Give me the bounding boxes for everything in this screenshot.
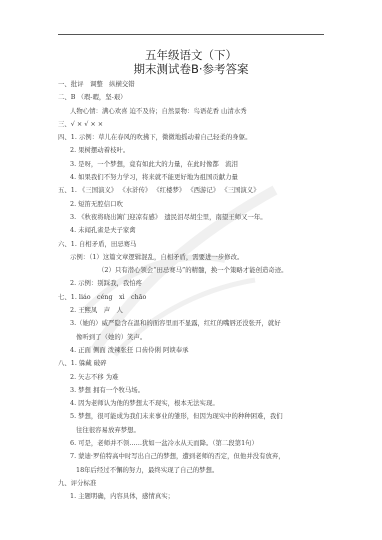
answer-line: 3. 梦想 拥有一个牧马场。 xyxy=(58,384,348,397)
answer-line: 2. 矢志不移 为难 xyxy=(58,371,348,384)
answer-line: 像听到了（她的）笑声。 xyxy=(58,331,348,344)
answer-line: 18年后经过不懈的努力，最终实现了自己的梦想。 xyxy=(58,464,348,477)
answer-line: 1. 主题明确，内容具体，感情真实； xyxy=(58,490,348,503)
answer-line: 4. 正面 侧面 泼辣张狂 口齿伶俐 阿谀奉承 xyxy=(58,344,348,357)
answer-line: 2. 短笛无腔信口吹 xyxy=(58,198,348,211)
answer-line: 往往很容易放弃梦想。 xyxy=(58,424,348,437)
answer-line: 4. 如果我们不努力学习，将来就不能更好地为祖国贡献力量 xyxy=(58,171,348,184)
answer-line: 2. 王熙凤 声 人 xyxy=(58,304,348,317)
answer-line: 人物心情：满心欢喜 迫不及待；自然景物：鸟语花香 山清水秀 xyxy=(58,105,348,118)
answer-content: 一、批评 调整 纵横交错二、B （瑕-暇，坚-艰）人物心情：满心欢喜 迫不及待；… xyxy=(58,78,348,504)
answer-line: 一、批评 调整 纵横交错 xyxy=(58,78,348,91)
answer-line: 二、B （瑕-暇，坚-艰） xyxy=(58,91,348,104)
answer-line: 4. 未闻孔雀是夫子家禽 xyxy=(58,224,348,237)
answer-line: 2. 果树摆动着枝叶。 xyxy=(58,144,348,157)
answer-line: 3. 是呀，一个梦想，竟有如此大的力量，在此时像都 流泪 xyxy=(58,158,348,171)
answer-line: 四、1. 示例：草儿在春风的吹拂下，微微地摇动着自己轻柔的身躯。 xyxy=(58,131,348,144)
answer-line: 五、1. 《三国演义》 《水浒传》 《红楼梦》 《西游记》 《三国演义》 xyxy=(58,184,348,197)
answer-line: 4. 因为老师认为他的梦想太不现实，根本无法实现。 xyxy=(58,397,348,410)
answer-line: 5. 梦想，很可能成为我们未来事业的雏形，但因为现实中的种种困难，我们 xyxy=(58,410,348,423)
answer-line: 八、1. 躲藏 破碎 xyxy=(58,357,348,370)
answer-line: 九、评分标准 xyxy=(58,477,348,490)
answer-line: 三、√ × √ × × xyxy=(58,118,348,131)
answer-line: 2. 示例：别踩我，我怕疼 xyxy=(58,277,348,290)
answer-line: 6. 可是，老师并不领……犹如一盆冷水从天而降。（第二段第1句） xyxy=(58,437,348,450)
header-rule xyxy=(58,34,324,35)
document-subtitle: 期末测试卷B·参考答案 xyxy=(0,61,382,77)
answer-line: 3. 《秋夜将晓出篱门迎凉有感》 遗民泪尽胡尘里，南望王师又一年。 xyxy=(58,211,348,224)
answer-line: 7. 蒙迪·罗伯特高中时写出自己的梦想，遭到老师的否定，但他并没有放弃， xyxy=(58,450,348,463)
answer-line: 3.（她的）威严隐含在温和的面容里而不显露，红红的嘴唇还没张开，就好 xyxy=(58,317,348,330)
answer-line: 六、1. 自相矛盾，田忌赛马 xyxy=(58,238,348,251)
answer-line: 七、1. liáo céng xì chāo xyxy=(58,291,348,304)
answer-line: （2）只有潜心领会“田忌赛马”的精髓，换一个策略才能创造奇迹。 xyxy=(58,264,348,277)
answer-line: 示例：（1）这篇文章逻辑混乱，自相矛盾，需要进一步修改。 xyxy=(58,251,348,264)
